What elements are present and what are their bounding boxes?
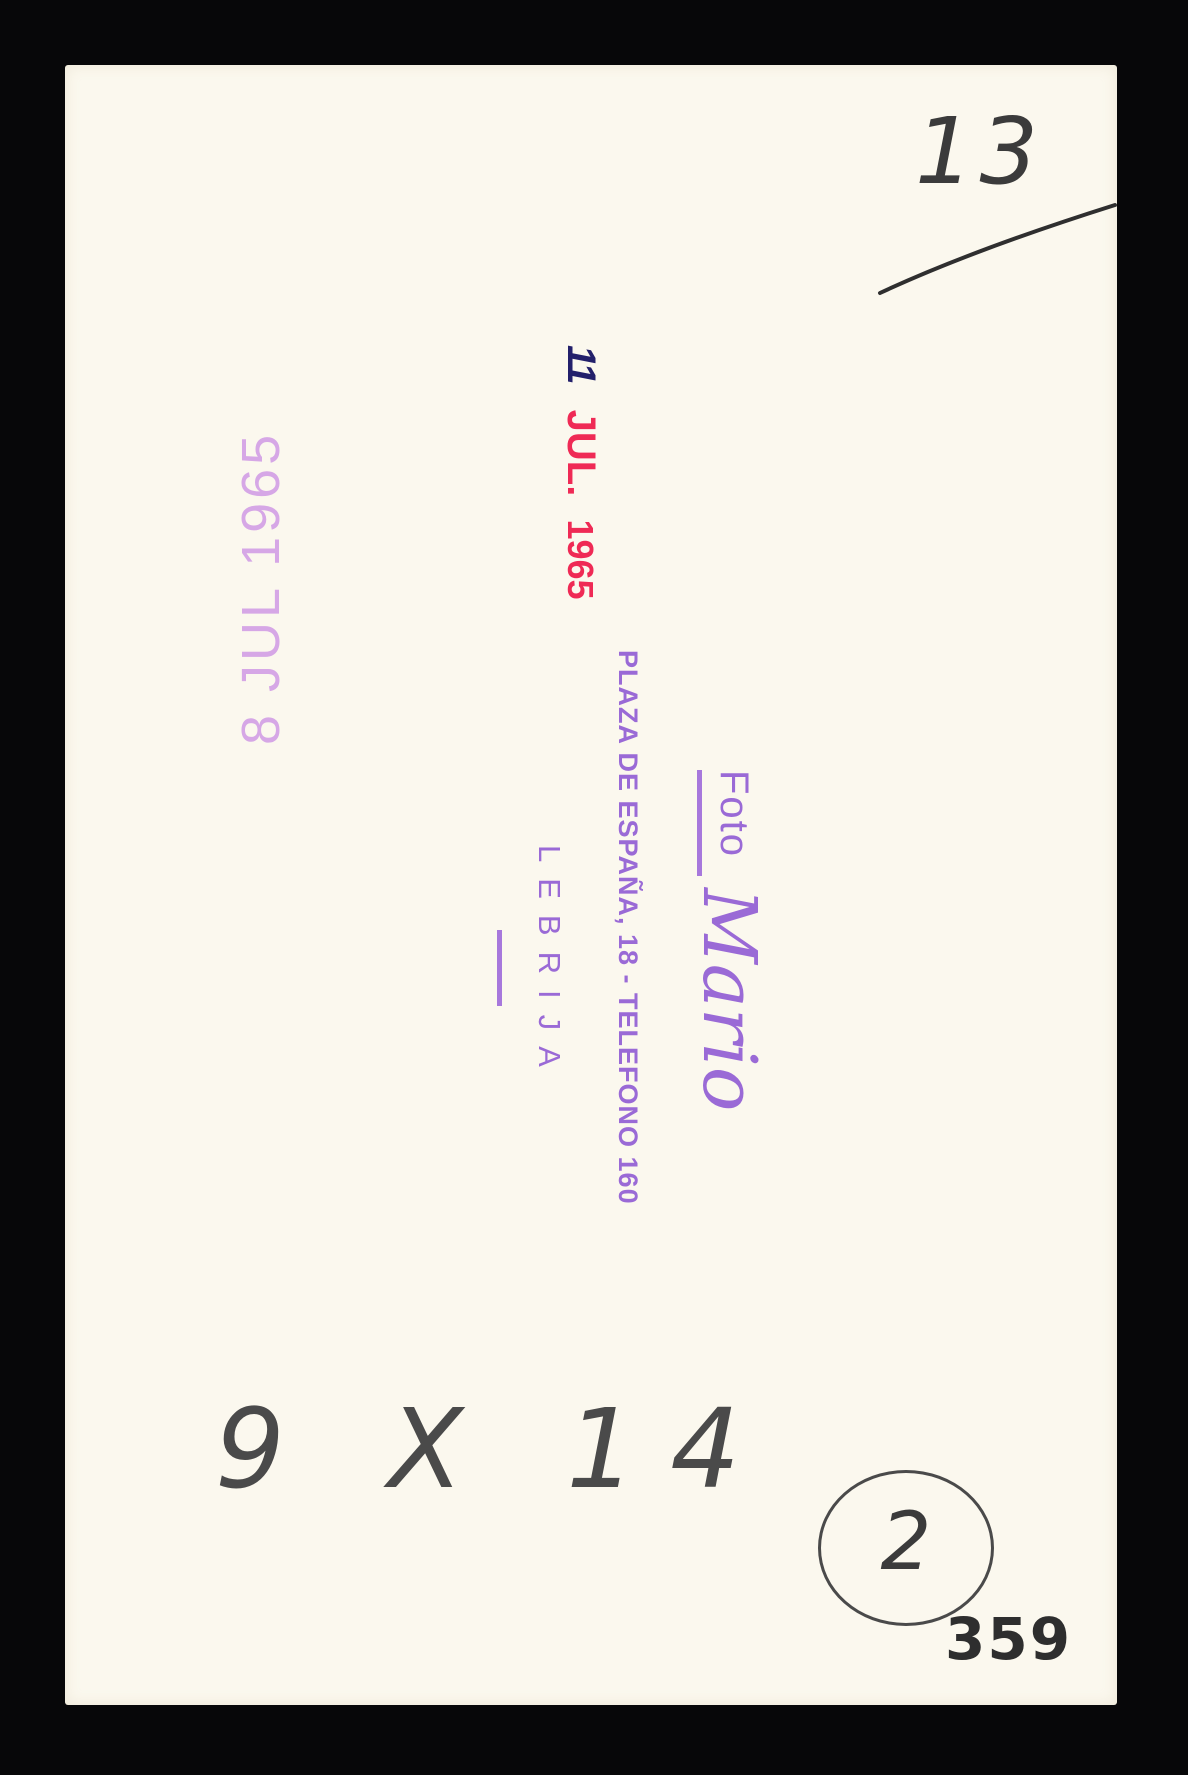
stamp-city-dash	[497, 930, 502, 1006]
date-day-handwritten: 11	[559, 345, 603, 383]
pink-date-stamp: 8 JUL 1965	[230, 431, 292, 745]
pencil-underline-stroke	[870, 195, 1120, 305]
stamp-city: LEBRIJA	[531, 845, 567, 1083]
handwritten-number-13: 13	[915, 98, 1044, 205]
handwritten-size-note: 9 X 14	[215, 1385, 774, 1513]
stamp-foto-label: Foto	[711, 770, 756, 858]
date-year: 1965	[560, 519, 601, 599]
received-date-stamp: 11 JUL. 1965	[558, 345, 603, 600]
date-month: JUL.	[559, 410, 603, 497]
stamp-photographer-name: Mario	[686, 888, 772, 1111]
stamp-address: PLAZA DE ESPAÑA, 18 - TELEFONO 160	[612, 650, 643, 1205]
handwritten-number-359: 359	[945, 1605, 1072, 1673]
circled-number: 2	[818, 1470, 994, 1626]
stamp-foto-underline	[697, 770, 702, 876]
circled-number-value: 2	[821, 1495, 991, 1588]
